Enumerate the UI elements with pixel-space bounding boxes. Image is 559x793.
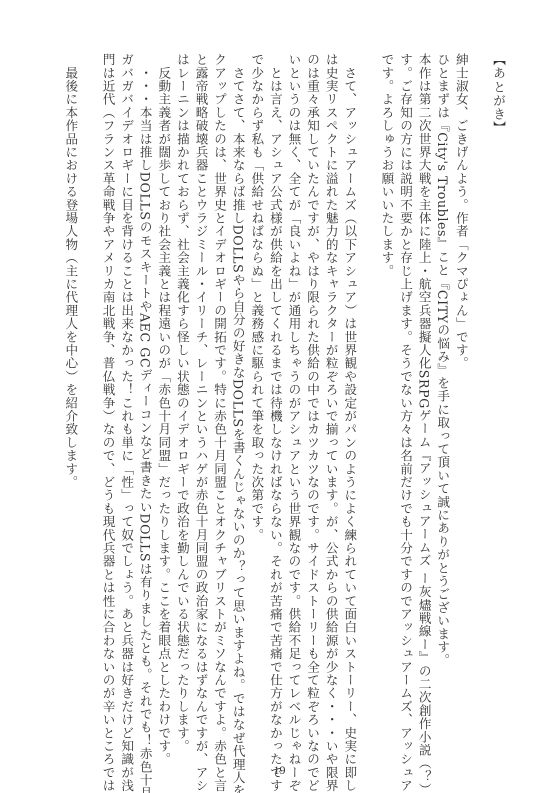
text-column: です。よろしゅうお願いいたします。 bbox=[377, 53, 396, 743]
text-column: ガバガバイデオロギーに目を背けることは出来なかった！これも単に「性」って奴でしょ… bbox=[117, 53, 136, 743]
text-column: クアップしたのは、世界史とイデオロギーの開拓です。特に赤色十月同盟ことオクチャブ… bbox=[210, 53, 229, 743]
page-number: 19 bbox=[0, 763, 559, 778]
text-column: さてさて、本来ならば推しDOLLSやら自分の好きなDOLLSを書くんじゃないのか… bbox=[228, 53, 247, 743]
text-column: は史実リスペクトに溢れた魅力的なキャラクターが粒ぞろいで揃っています。が、公式か… bbox=[321, 53, 340, 743]
text-column: 紳士淑女、ごきげんよう。作者「クマぴょん」です。 bbox=[451, 53, 470, 743]
text-column: と露帝戦略破壊兵器ことウラジミール・イリーチ、レーニンというハゲが赤色十月同盟の… bbox=[191, 53, 210, 743]
text-column: 最後に本作品における登場人物（主に代理人を中心）を紹介致します。 bbox=[61, 53, 80, 743]
text-column: 本作は第二次世界大戦を主体に陸上・航空兵器擬人化SRPGゲーム『アッシュアームズ… bbox=[414, 53, 433, 743]
text-column: で少なからず私も「供給せねばならぬ」と義務感に駆られて筆を取った次第です。 bbox=[247, 53, 266, 743]
text-column: はレーニンは描かれておらず、社会主義化すら怪しい状態のイデオロギーで政治を勤しん… bbox=[172, 53, 191, 743]
text-column: す。ご存知の方には説明不要かと存じ上げます。そうでない方々は名前だけでも十分です… bbox=[395, 53, 414, 743]
vertical-text-body: 【あとがき】 紳士淑女、ごきげんよう。作者「クマぴょん」です。 ひとまずは『Ci… bbox=[61, 53, 507, 743]
text-column: ・・・本当は推しDOLLSのモスキートやAEC GCディーコンなど書きたいDOL… bbox=[135, 53, 154, 743]
text-column: とは言え、アシュア公式様が供給を出してくれるまでは待機しなければならない。それが… bbox=[265, 53, 284, 743]
blank-line bbox=[470, 53, 489, 743]
text-column: さて、アッシュアームズ（以下アシュア）は世界観や設定がパンのようによく練られてい… bbox=[340, 53, 359, 743]
text-column: 門は近代（フランス革命戦争やアメリカ南北戦争、普仏戦争）なので、どうも現代兵器と… bbox=[98, 53, 117, 743]
afterword-heading: 【あとがき】 bbox=[488, 53, 507, 743]
blank-line bbox=[358, 53, 377, 743]
book-page: 【あとがき】 紳士淑女、ごきげんよう。作者「クマぴょん」です。 ひとまずは『Ci… bbox=[0, 0, 559, 793]
blank-line bbox=[79, 53, 98, 743]
text-column: のは重々承知していたんですが、やはり限られた供給の中ではカツカツなのです。サイド… bbox=[302, 53, 321, 743]
text-column: いというのは無く、全てが「良いよね」が通用しちゃうのがアシュアという世界観なので… bbox=[284, 53, 303, 743]
text-column: ひとまずは『City's Troubles』こと『CITYの悩み』を手に取って頂… bbox=[433, 53, 452, 743]
text-column: 反動主義者が闊歩しており社会主義とは程遠いのが「赤色十月同盟」だったりします。こ… bbox=[154, 53, 173, 743]
